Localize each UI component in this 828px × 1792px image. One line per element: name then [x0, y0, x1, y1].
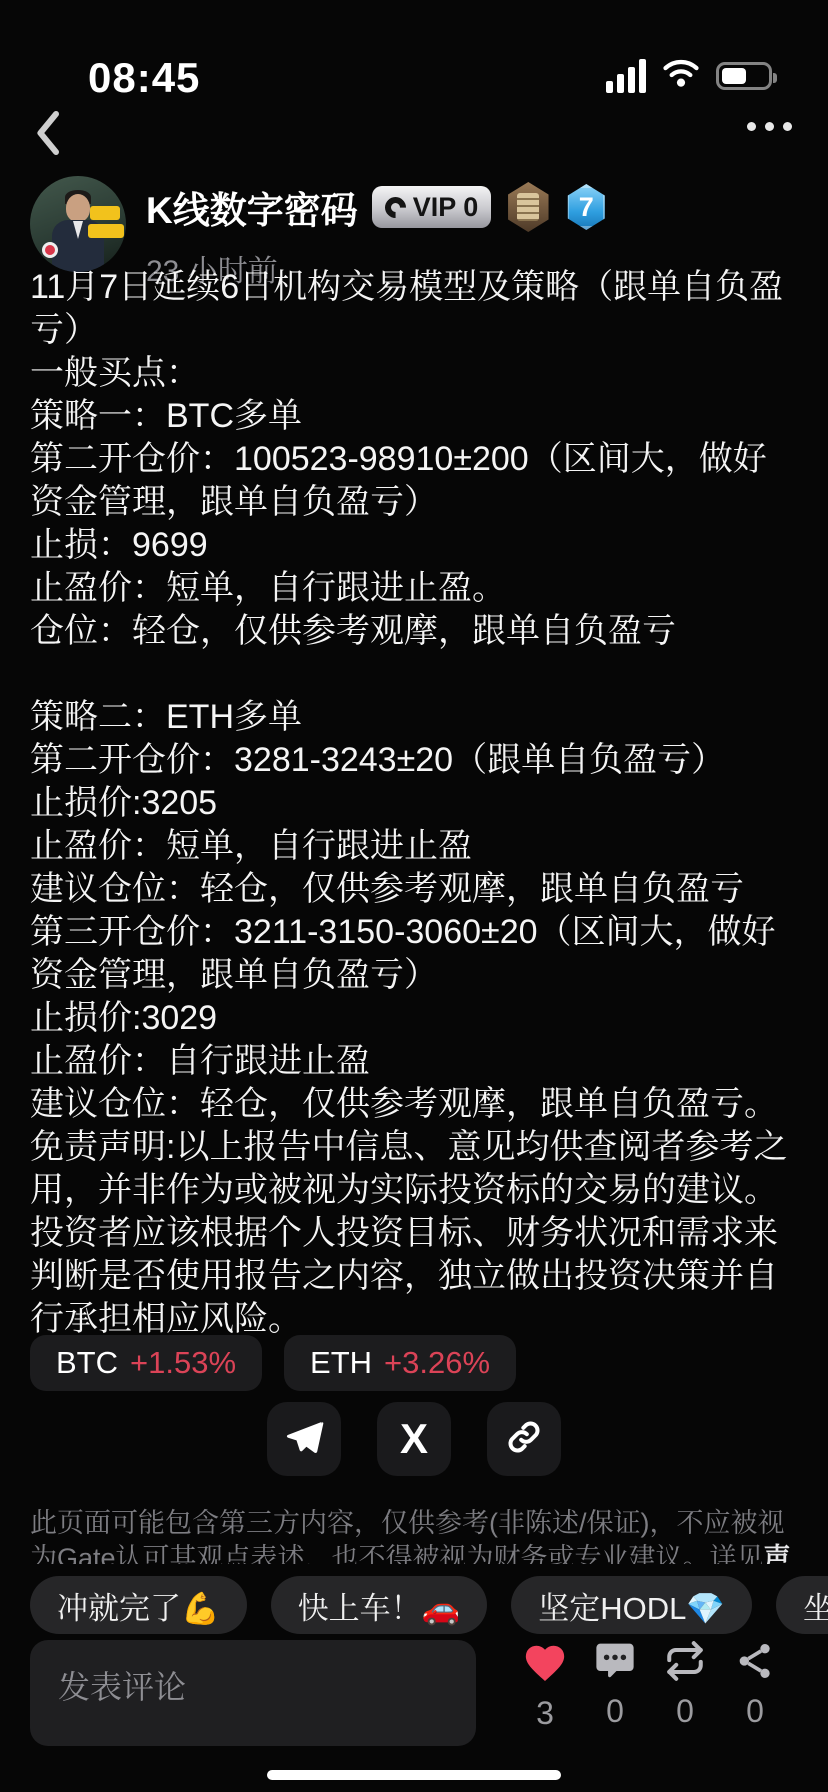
comment-button[interactable]: 0	[580, 1640, 650, 1746]
like-count: 3	[536, 1695, 554, 1732]
post-content: 11月7日延续6日机构交易模型及策略（跟单自负盈亏） 一般买点： 策略一：BTC…	[30, 266, 800, 1341]
scroll-badge-icon[interactable]	[505, 182, 551, 232]
post-line: 策略一：BTC多单	[30, 395, 800, 438]
comment-input[interactable]: 发表评论	[30, 1640, 476, 1746]
quick-comment-chip[interactable]: 快上车！🚗	[271, 1576, 488, 1634]
share-telegram-button[interactable]	[267, 1402, 341, 1476]
vip-badge[interactable]: VIP 0	[372, 186, 492, 228]
comment-bubble-icon	[593, 1640, 637, 1687]
post-line: 第二开仓价：3281-3243±20（跟单自负盈亏）	[30, 739, 800, 782]
status-time: 08:45	[88, 54, 200, 102]
ellipsis-icon	[747, 122, 756, 131]
post-line: 止盈价：短单，自行跟进止盈。	[30, 567, 800, 610]
page-disclaimer-text: 此页面可能包含第三方内容，仅供参考(非陈述/保证)，不应被视为Gate认可其观点…	[30, 1508, 784, 1564]
tag-change: +3.26%	[384, 1345, 490, 1381]
post-line: 建议仓位：轻仓，仅供参考观摩，跟单自负盈亏。	[30, 1083, 800, 1126]
chevron-left-icon	[34, 110, 60, 161]
post-line: 建议仓位：轻仓，仅供参考观摩，跟单自负盈亏	[30, 868, 800, 911]
author-name[interactable]: K线数字密码	[146, 180, 358, 234]
post-line: 策略二：ETH多单	[30, 696, 800, 739]
share-row: X	[0, 1402, 828, 1476]
post-line-blank	[30, 653, 800, 696]
battery-icon	[716, 62, 772, 90]
quick-comment-chip[interactable]: 坐稳扶好，马上起飞🛫	[776, 1576, 828, 1634]
post-line: 11月7日延续6日机构交易模型及策略（跟单自负盈亏）	[30, 266, 800, 352]
home-indicator[interactable]	[267, 1770, 561, 1780]
page-disclaimer: 此页面可能包含第三方内容，仅供参考(非陈述/保证)，不应被视为Gate认可其观点…	[30, 1506, 798, 1564]
post-line: 第二开仓价：100523-98910±200（区间大，做好资金管理，跟单自负盈亏…	[30, 438, 800, 524]
telegram-icon	[283, 1416, 325, 1463]
comment-count: 0	[606, 1693, 624, 1730]
back-button[interactable]	[34, 110, 74, 160]
post-line: 止损价:3029	[30, 997, 800, 1040]
post-disclaimer: 免责声明:以上报告中信息、意见均供查阅者参考之用，并非作为或被视为实际投资标的交…	[30, 1126, 800, 1341]
quick-comment-chip[interactable]: 坚定HODL💎	[511, 1576, 752, 1634]
like-button[interactable]: 3	[510, 1640, 580, 1746]
repost-button[interactable]: 0	[650, 1640, 720, 1746]
engagement-bar: 3 0	[476, 1640, 798, 1746]
share-link-button[interactable]	[487, 1402, 561, 1476]
comment-bar: 发表评论 3 0	[30, 1640, 798, 1746]
gate-logo-icon	[380, 192, 410, 222]
signal-strength-icon	[606, 59, 646, 93]
post-line: 止损价:3205	[30, 782, 800, 825]
post-line: 一般买点：	[30, 352, 800, 395]
post-line: 止盈价：短单，自行跟进止盈	[30, 825, 800, 868]
wifi-icon	[662, 58, 700, 93]
avatar[interactable]	[30, 176, 126, 272]
quick-comment-chips: 冲就完了💪 快上车！🚗 坚定HODL💎 坐稳扶好，马上起飞🛫	[0, 1576, 828, 1634]
share-x-button[interactable]: X	[377, 1402, 451, 1476]
share-button[interactable]: 0	[720, 1640, 790, 1746]
x-icon: X	[400, 1415, 428, 1463]
tag-eth[interactable]: ETH +3.26%	[284, 1335, 516, 1391]
level-badge[interactable]: 7	[565, 184, 607, 230]
tag-symbol: ETH	[310, 1345, 372, 1381]
post-line: 止盈价：自行跟进止盈	[30, 1040, 800, 1083]
status-icons	[606, 58, 772, 93]
share-nodes-icon	[735, 1640, 775, 1687]
repost-icon	[664, 1640, 706, 1687]
vip-label: VIP 0	[413, 192, 479, 223]
quick-comment-chip[interactable]: 冲就完了💪	[30, 1576, 247, 1634]
link-icon	[504, 1417, 544, 1462]
repost-count: 0	[676, 1693, 694, 1730]
post-line: 仓位：轻仓，仅供参考观摩，跟单自负盈亏	[30, 610, 800, 653]
coin-tags: BTC +1.53% ETH +3.26%	[30, 1335, 516, 1391]
tag-btc[interactable]: BTC +1.53%	[30, 1335, 262, 1391]
tag-change: +1.53%	[130, 1345, 236, 1381]
post-line: 第三开仓价：3211-3150-3060±20（区间大，做好资金管理，跟单自负盈…	[30, 911, 800, 997]
share-count: 0	[746, 1693, 764, 1730]
heart-icon	[522, 1640, 568, 1689]
post-line: 止损：9699	[30, 524, 800, 567]
app-screen: 08:45 K线数字密码	[0, 0, 828, 1792]
more-options-button[interactable]	[747, 122, 792, 131]
tag-symbol: BTC	[56, 1345, 118, 1381]
